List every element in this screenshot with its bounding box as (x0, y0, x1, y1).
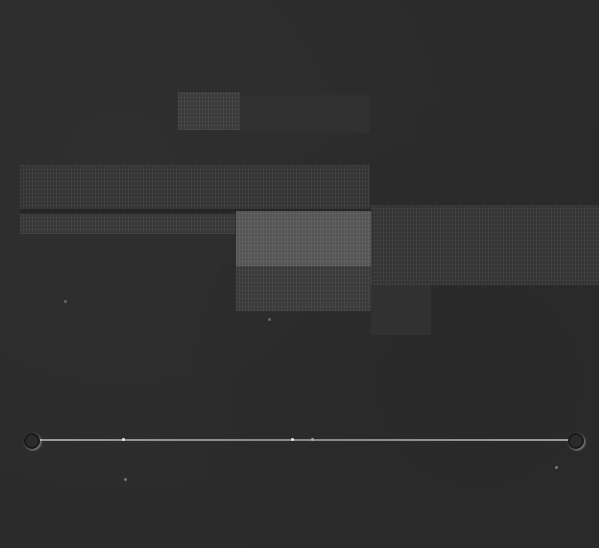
right-anchor-hole (568, 433, 584, 449)
particle (555, 466, 558, 469)
particle (122, 438, 125, 441)
microscopy-image (0, 0, 599, 548)
particle (268, 318, 271, 321)
wire (36, 439, 571, 441)
upper-patch-faint (240, 95, 370, 133)
particle (311, 438, 314, 441)
bright-patch-lower (236, 266, 371, 311)
particle (124, 478, 127, 481)
right-patch-lower (371, 285, 431, 335)
particle (64, 300, 67, 303)
left-anchor-hole (24, 433, 40, 449)
particle (291, 438, 294, 441)
mid-band (20, 165, 370, 210)
left-strip (20, 214, 235, 234)
right-patch (371, 205, 599, 285)
bright-patch (236, 211, 371, 266)
upper-patch (178, 92, 240, 130)
